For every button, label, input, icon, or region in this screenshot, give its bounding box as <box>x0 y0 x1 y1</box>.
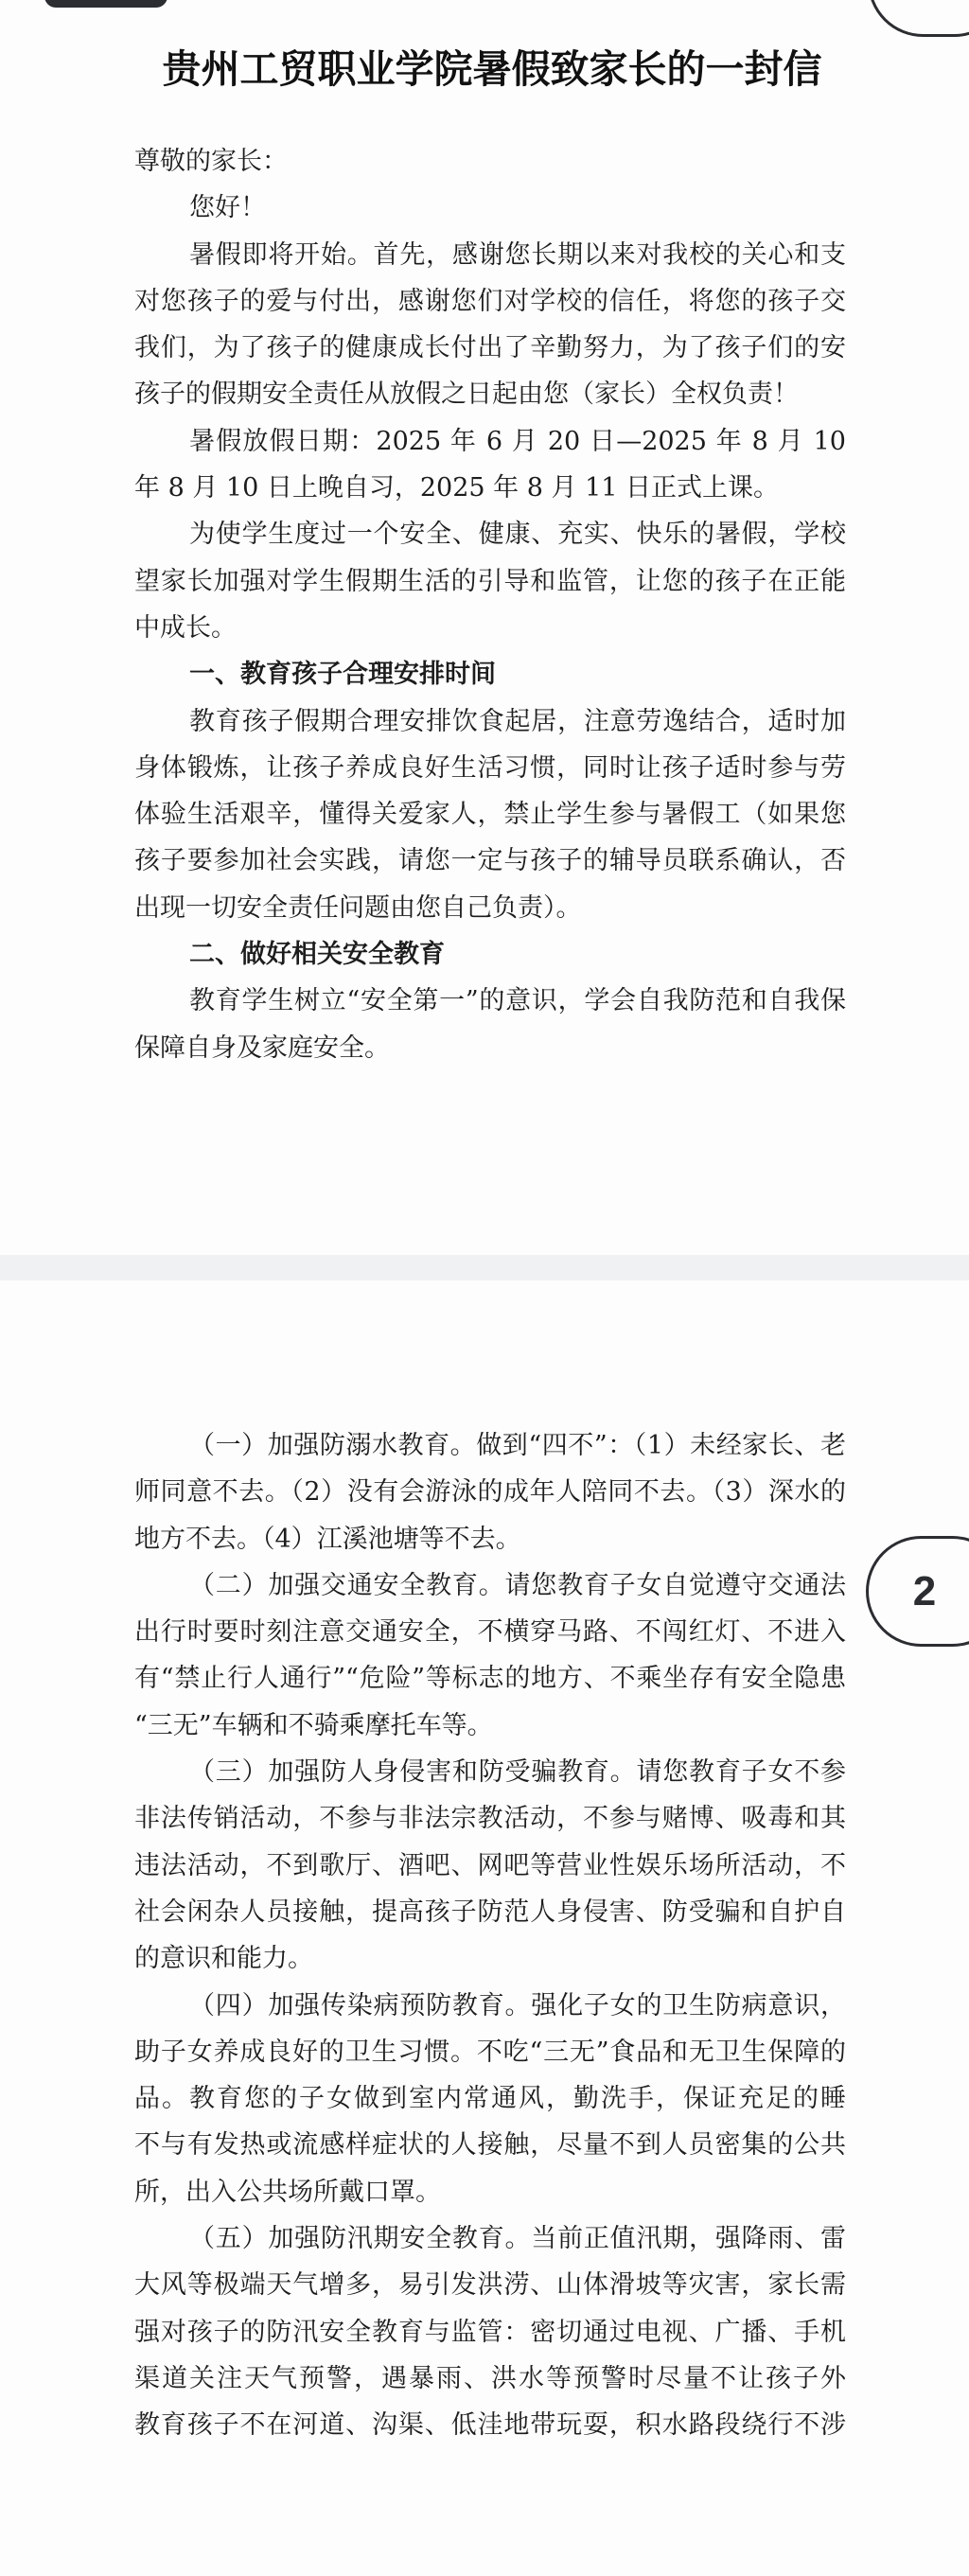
text-line: 品。教育您的子女做到室内常通风，勤洗手，保证充足的睡眠， <box>134 2075 846 2122</box>
subsection-drowning: （一）加强防溺水教育。做到“四不”：（1）未经家长、老 <box>134 1422 846 1469</box>
text-line: 孩子要参加社会实践，请您一定与孩子的辅导员联系确认，否则 <box>134 838 846 884</box>
top-status-pill <box>44 0 167 8</box>
text-line: 渠道关注天气预警，遇暴雨、洪水等预警时尽量不让孩子外出； <box>134 2355 846 2402</box>
text-line: 有“禁止行人通行”“危险”等标志的地方、不乘坐存有安全隐患和 <box>134 1655 846 1702</box>
text-line: 教育学生树立“安全第一”的意识，学会自我防范和自我保护， <box>134 978 846 1024</box>
document-page-1: 贵州工贸职业学院暑假致家长的一封信 尊敬的家长： 您好！ 暑假即将开始。首先，感… <box>0 0 969 1255</box>
text-line: 对您孩子的爱与付出，感谢您们对学校的信任，将您的孩子交给 <box>134 278 846 325</box>
text-line: 教育孩子假期合理安排饮食起居，注意劳逸结合，适时加强 <box>134 698 846 745</box>
page-separator <box>0 1255 969 1280</box>
text-line: 出行时要时刻注意交通安全，不横穿马路、不闯红灯、不进入标 <box>134 1609 846 1655</box>
text-line: 出现一切安全责任问题由您自己负责）。 <box>134 885 846 931</box>
text-line: 暑假即将开始。首先，感谢您长期以来对我校的关心和支持， <box>134 232 846 278</box>
text-line: 违法活动，不到歌厅、酒吧、网吧等营业性娱乐场所活动，不与 <box>134 1843 846 1889</box>
text-line: 不与有发热或流感样症状的人接触，尽量不到人员密集的公共场 <box>134 2122 846 2168</box>
text-line: 孩子的假期安全责任从放假之日起由您（家长）全权负责！ <box>134 371 846 417</box>
subsection-disease: （四）加强传染病预防教育。强化子女的卫生防病意识，帮 <box>134 1983 846 2029</box>
text-line: 社会闲杂人员接触，提高孩子防范人身侵害、防受骗和自护自救 <box>134 1889 846 1935</box>
holiday-dates-line: 年 8 月 10 日上晚自习，2025 年 8 月 11 日正式上课。 <box>134 465 846 511</box>
text-line: 所，出入公共场所戴口罩。 <box>134 2169 846 2215</box>
letter-title: 贵州工贸职业学院暑假致家长的一封信 <box>134 45 850 93</box>
text-line: 大风等极端天气增多，易引发洪涝、山体滑坡等灾害，家长需加 <box>134 2262 846 2308</box>
text-line: 教育孩子不在河道、沟渠、低洼地带玩耍，积水路段绕行不涉水， <box>134 2402 846 2448</box>
salutation: 尊敬的家长： <box>134 138 846 185</box>
subsection-traffic: （二）加强交通安全教育。请您教育子女自觉遵守交通法规， <box>134 1562 846 1609</box>
text-line: “三无”车辆和不骑乘摩托车等。 <box>134 1703 846 1749</box>
holiday-dates-line: 暑假放假日期：2025 年 6 月 20 日—2025 年 8 月 10 日。2… <box>134 418 846 465</box>
text-line: 身体锻炼，让孩子养成良好生活习惯，同时让孩子适时参与劳动， <box>134 745 846 791</box>
text-line: 体验生活艰辛，懂得关爱家人，禁止学生参与暑假工（如果您的 <box>134 791 846 838</box>
text-line: 为使学生度过一个安全、健康、充实、快乐的暑假，学校希 <box>134 511 846 557</box>
subsection-flood: （五）加强防汛期安全教育。当前正值汛期，强降雨、雷电、 <box>134 2215 846 2262</box>
text-line: 我们，为了孩子的健康成长付出了辛勤努力，为了孩子们的安全， <box>134 325 846 371</box>
section-heading-1: 一、教育孩子合理安排时间 <box>134 651 846 697</box>
text-line: 保障自身及家庭安全。 <box>134 1025 846 1071</box>
page-2-body: （一）加强防溺水教育。做到“四不”：（1）未经家长、老 师同意不去。（2）没有会… <box>134 1422 846 2449</box>
text-line: 强对孩子的防汛安全教育与监管：密切通过电视、广播、手机等 <box>134 2309 846 2355</box>
text-line: 助子女养成良好的卫生习惯。不吃“三无”食品和无卫生保障的食 <box>134 2029 846 2075</box>
text-line: 非法传销活动，不参与非法宗教活动，不参与赌博、吸毒和其他 <box>134 1795 846 1842</box>
text-line: 师同意不去。（2）没有会游泳的成年人陪同不去。（3）深水的 <box>134 1469 846 1515</box>
page-number: 2 <box>869 1539 969 1644</box>
text-line: 中成长。 <box>134 605 846 651</box>
page-number-badge: 2 <box>866 1536 969 1647</box>
subsection-personal-safety: （三）加强防人身侵害和防受骗教育。请您教育子女不参与 <box>134 1749 846 1795</box>
section-heading-2: 二、做好相关安全教育 <box>134 931 846 978</box>
text-line: 地方不去。（4）江溪池塘等不去。 <box>134 1516 846 1562</box>
text-line: 的意识和能力。 <box>134 1935 846 1982</box>
greeting: 您好！ <box>134 185 846 231</box>
page-1-body: 尊敬的家长： 您好！ 暑假即将开始。首先，感谢您长期以来对我校的关心和支持， 对… <box>134 138 846 1071</box>
text-line: 望家长加强对学生假期生活的引导和监管，让您的孩子在正能量 <box>134 558 846 605</box>
